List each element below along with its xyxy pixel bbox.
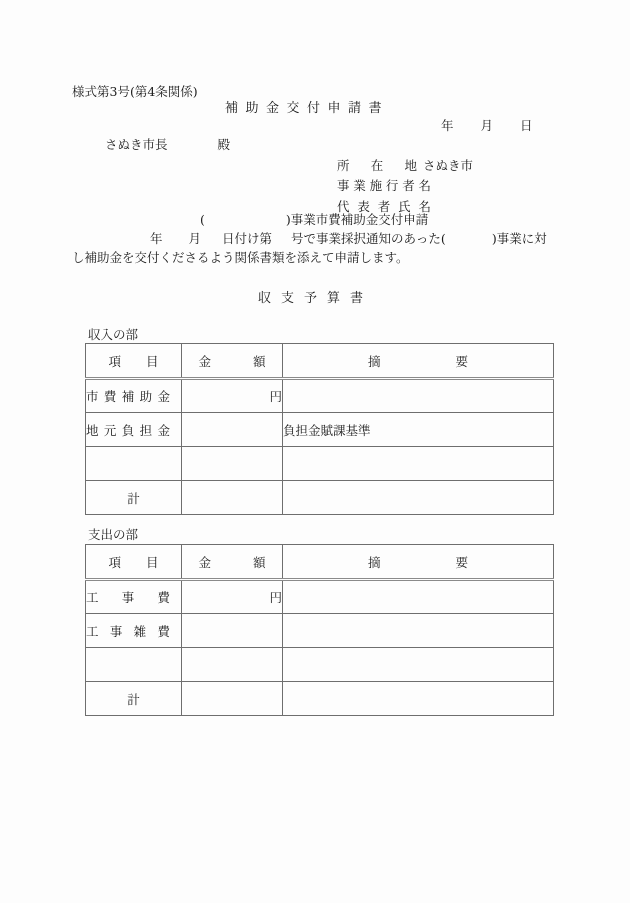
body-notice-text: 号で事業採択通知のあった( [291, 231, 446, 246]
income-item-total: 計 [86, 481, 182, 515]
income-amount-blank [182, 447, 283, 481]
address-label: 所在地 [337, 158, 417, 173]
date-line: 年月日 [441, 118, 533, 133]
date-month-label: 月 [481, 118, 494, 133]
expense-note-total [283, 682, 554, 716]
income-note-total [283, 481, 554, 515]
expense-item-construction: 工事費 [86, 580, 182, 614]
application-form-document: 様式第3号(第4条関係) 補助金交付申請書 年月日 さぬき市長殿 所在地さぬき市… [0, 0, 630, 903]
recipient-honorific: 殿 [218, 137, 231, 152]
body-project-text: )事業に対 [492, 231, 547, 246]
document-title: 補助金交付申請書 [225, 97, 389, 116]
form-number: 様式第3号(第4条関係) [72, 82, 198, 100]
expense-note-misc [283, 614, 554, 648]
expense-row-misc: 工事雑費 [86, 614, 554, 648]
recipient-name: さぬき市長 [105, 137, 168, 152]
income-item-blank [86, 447, 182, 481]
income-col-header-note: 摘要 [283, 344, 554, 379]
income-note-city-subsidy [283, 379, 554, 413]
date-year-label: 年 [441, 118, 454, 133]
expense-col-header-amount: 金額 [182, 545, 283, 580]
expense-col-header-note: 摘要 [283, 545, 554, 580]
income-col-header-item: 項目 [86, 344, 182, 379]
income-amount-local-burden [182, 413, 283, 447]
income-col-header-amount: 金額 [182, 344, 283, 379]
income-note-local-burden: 負担金賦課基準 [283, 413, 554, 447]
income-amount-city-subsidy: 円 [182, 379, 283, 413]
income-item-local-burden: 地元負担金 [86, 413, 182, 447]
expense-amount-total [182, 682, 283, 716]
body-date-text: 日付け第 [222, 231, 272, 246]
expense-note-blank [283, 648, 554, 682]
expense-amount-blank [182, 648, 283, 682]
income-row-city-subsidy: 市費補助金 円 [86, 379, 554, 413]
income-row-local-burden: 地元負担金 負担金賦課基準 [86, 413, 554, 447]
income-amount-total [182, 481, 283, 515]
income-table: 項目 金額 摘要 市費補助金 円 地元負担金 負担金賦課基準 計 [85, 343, 554, 515]
subject-text: )事業市費補助金交付申請 [286, 212, 428, 227]
applicant-address-line: 所在地さぬき市 [337, 158, 473, 173]
expense-row-construction: 工事費 円 [86, 580, 554, 614]
expense-amount-construction: 円 [182, 580, 283, 614]
expense-row-total: 計 [86, 682, 554, 716]
income-header-row: 項目 金額 摘要 [86, 344, 554, 379]
budget-title: 収支予算書 [258, 287, 373, 306]
application-body-line1: 年月日付け第号で事業採択通知のあった()事業に対 [150, 231, 547, 246]
expense-note-construction [283, 580, 554, 614]
expense-col-header-item: 項目 [86, 545, 182, 580]
expense-item-blank [86, 648, 182, 682]
expense-table: 項目 金額 摘要 工事費 円 工事雑費 計 [85, 544, 554, 716]
income-row-blank [86, 447, 554, 481]
income-row-total: 計 [86, 481, 554, 515]
income-section-label: 収入の部 [88, 325, 138, 343]
subject-open-paren: ( [200, 212, 205, 227]
date-day-label: 日 [520, 118, 533, 133]
expense-item-total: 計 [86, 682, 182, 716]
expense-amount-misc [182, 614, 283, 648]
income-note-blank [283, 447, 554, 481]
operator-label: 事業施行者名 [337, 178, 431, 193]
expense-row-blank [86, 648, 554, 682]
applicant-operator-line: 事業施行者名 [337, 178, 431, 193]
address-value: さぬき市 [423, 158, 473, 173]
expense-item-misc: 工事雑費 [86, 614, 182, 648]
recipient-line: さぬき市長殿 [105, 137, 230, 152]
application-body-line2: し補助金を交付くださるよう関係書類を添えて申請します。 [72, 250, 409, 265]
body-month-label: 月 [189, 231, 202, 246]
income-item-city-subsidy: 市費補助金 [86, 379, 182, 413]
expense-header-row: 項目 金額 摘要 [86, 545, 554, 580]
body-year-label: 年 [150, 231, 163, 246]
expense-section-label: 支出の部 [88, 525, 138, 543]
application-subject-line: ()事業市費補助金交付申請 [200, 212, 428, 227]
